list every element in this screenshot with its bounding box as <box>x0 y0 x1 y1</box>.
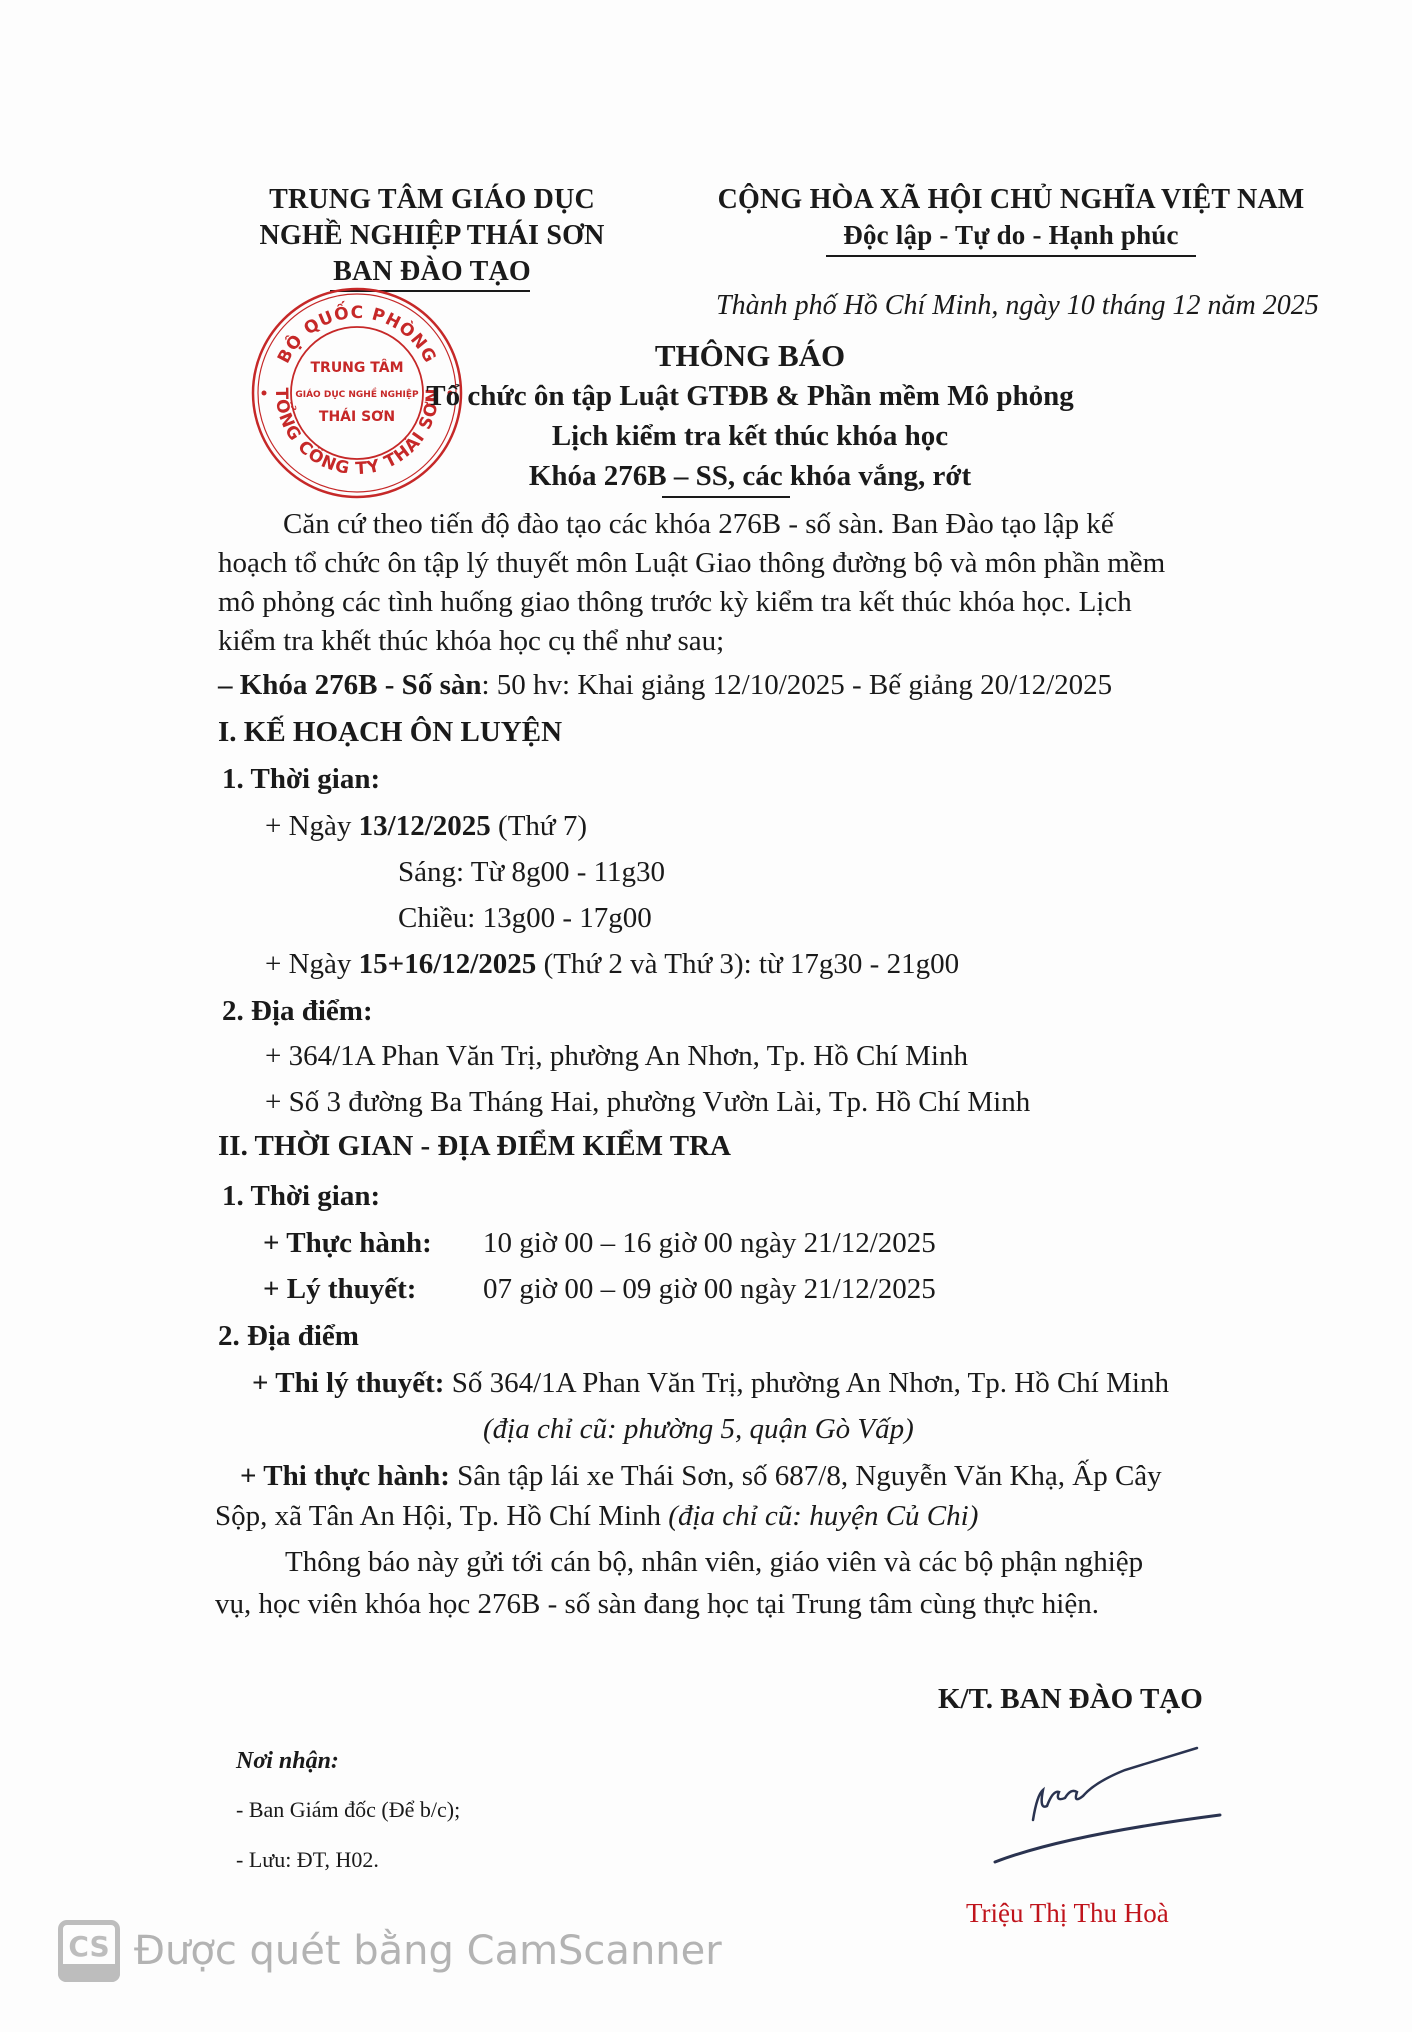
document-title: THÔNG BÁO <box>300 338 1200 374</box>
signer-name: Triệu Thị Thu Hoà <box>966 1898 1169 1929</box>
practice-exam-place: + Thi thực hành: Sân tập lái xe Thái Sơn… <box>240 1460 1162 1493</box>
org-department: BAN ĐÀO TẠO <box>232 256 632 288</box>
camscanner-logo-icon: CS <box>58 1920 120 1982</box>
org-name-line2: NGHỀ NGHIỆP THÁI SƠN <box>232 220 632 252</box>
intro-line-4: kiểm tra khết thúc khóa học cụ thể như s… <box>218 625 724 658</box>
document-subtitle-3: Khóa 276B – SS, các khóa vắng, rớt <box>300 460 1200 493</box>
theory-exam-place: + Thi lý thuyết: Số 364/1A Phan Văn Trị,… <box>252 1367 1169 1400</box>
theory-exam-old-address: (địa chỉ cũ: phường 5, quận Gò Vấp) <box>483 1413 914 1446</box>
review-place-2: + Số 3 đường Ba Tháng Hai, phường Vườn L… <box>265 1086 1030 1119</box>
intro-line-1: Căn cứ theo tiến độ đào tạo các khóa 276… <box>283 508 1114 541</box>
review-day-1: + Ngày 13/12/2025 (Thứ 7) <box>265 810 587 843</box>
signature-title: K/T. BAN ĐÀO TẠO <box>938 1683 1203 1716</box>
section-2-time-heading: 1. Thời gian: <box>222 1180 380 1213</box>
document-subtitle-2: Lịch kiểm tra kết thúc khóa học <box>300 420 1200 453</box>
course-info: – Khóa 276B - Số sàn: 50 hv: Khai giảng … <box>218 669 1112 702</box>
section-1-time-heading: 1. Thời gian: <box>222 763 380 796</box>
section-2-place-heading: 2. Địa điểm <box>218 1320 359 1353</box>
intro-line-2: hoạch tổ chức ôn tập lý thuyết môn Luật … <box>218 547 1165 580</box>
course-label: – Khóa 276B - Số sàn <box>218 669 481 701</box>
place-date: Thành phố Hồ Chí Minh, ngày 10 tháng 12 … <box>716 290 1319 322</box>
closing-line-1: Thông báo này gửi tới cán bộ, nhân viên,… <box>285 1546 1143 1579</box>
review-morning: Sáng: Từ 8g00 - 11g30 <box>398 856 665 889</box>
section-2-heading: II. THỜI GIAN - ĐỊA ĐIỂM KIỂM TRA <box>218 1130 731 1163</box>
practice-exam-time-label: + Thực hành: <box>263 1227 432 1260</box>
motto-underline <box>826 255 1196 257</box>
camscanner-text: Được quét bằng CamScanner <box>134 1928 722 1974</box>
recipient-2: - Lưu: ĐT, H02. <box>236 1847 379 1873</box>
practice-exam-place-line-2: Sộp, xã Tân An Hội, Tp. Hồ Chí Minh (địa… <box>215 1500 978 1533</box>
recipient-1: - Ban Giám đốc (Để b/c); <box>236 1797 460 1823</box>
section-1-place-heading: 2. Địa điểm: <box>222 995 373 1028</box>
theory-exam-time: 07 giờ 00 – 09 giờ 00 ngày 21/12/2025 <box>483 1273 936 1306</box>
course-detail: : 50 hv: Khai giảng 12/10/2025 - Bế giản… <box>481 669 1112 701</box>
intro-line-3: mô phỏng các tình huống giao thông trước… <box>218 586 1132 619</box>
section-1-heading: I. KẾ HOẠCH ÔN LUYỆN <box>218 716 562 749</box>
review-day-2: + Ngày 15+16/12/2025 (Thứ 2 và Thứ 3): t… <box>265 948 959 981</box>
recipients-heading: Nơi nhận: <box>236 1748 339 1775</box>
closing-line-2: vụ, học viên khóa học 276B - số sàn đang… <box>215 1588 1099 1621</box>
practice-exam-time: 10 giờ 00 – 16 giờ 00 ngày 21/12/2025 <box>483 1227 936 1260</box>
camscanner-watermark: CS Được quét bằng CamScanner <box>58 1920 722 1982</box>
document-subtitle-1: Tổ chức ôn tập Luật GTĐB & Phần mềm Mô p… <box>300 380 1200 413</box>
title-underline <box>662 496 790 498</box>
org-name-line1: TRUNG TÂM GIÁO DỤC <box>232 184 632 216</box>
nation-title: CỘNG HÒA XÃ HỘI CHỦ NGHĨA VIỆT NAM <box>676 184 1346 216</box>
review-place-1: + 364/1A Phan Văn Trị, phường An Nhơn, T… <box>265 1040 968 1073</box>
nation-motto: Độc lập - Tự do - Hạnh phúc <box>676 220 1346 251</box>
signature-icon <box>985 1740 1225 1870</box>
review-afternoon: Chiều: 13g00 - 17g00 <box>398 902 652 935</box>
theory-exam-time-label: + Lý thuyết: <box>263 1273 416 1306</box>
